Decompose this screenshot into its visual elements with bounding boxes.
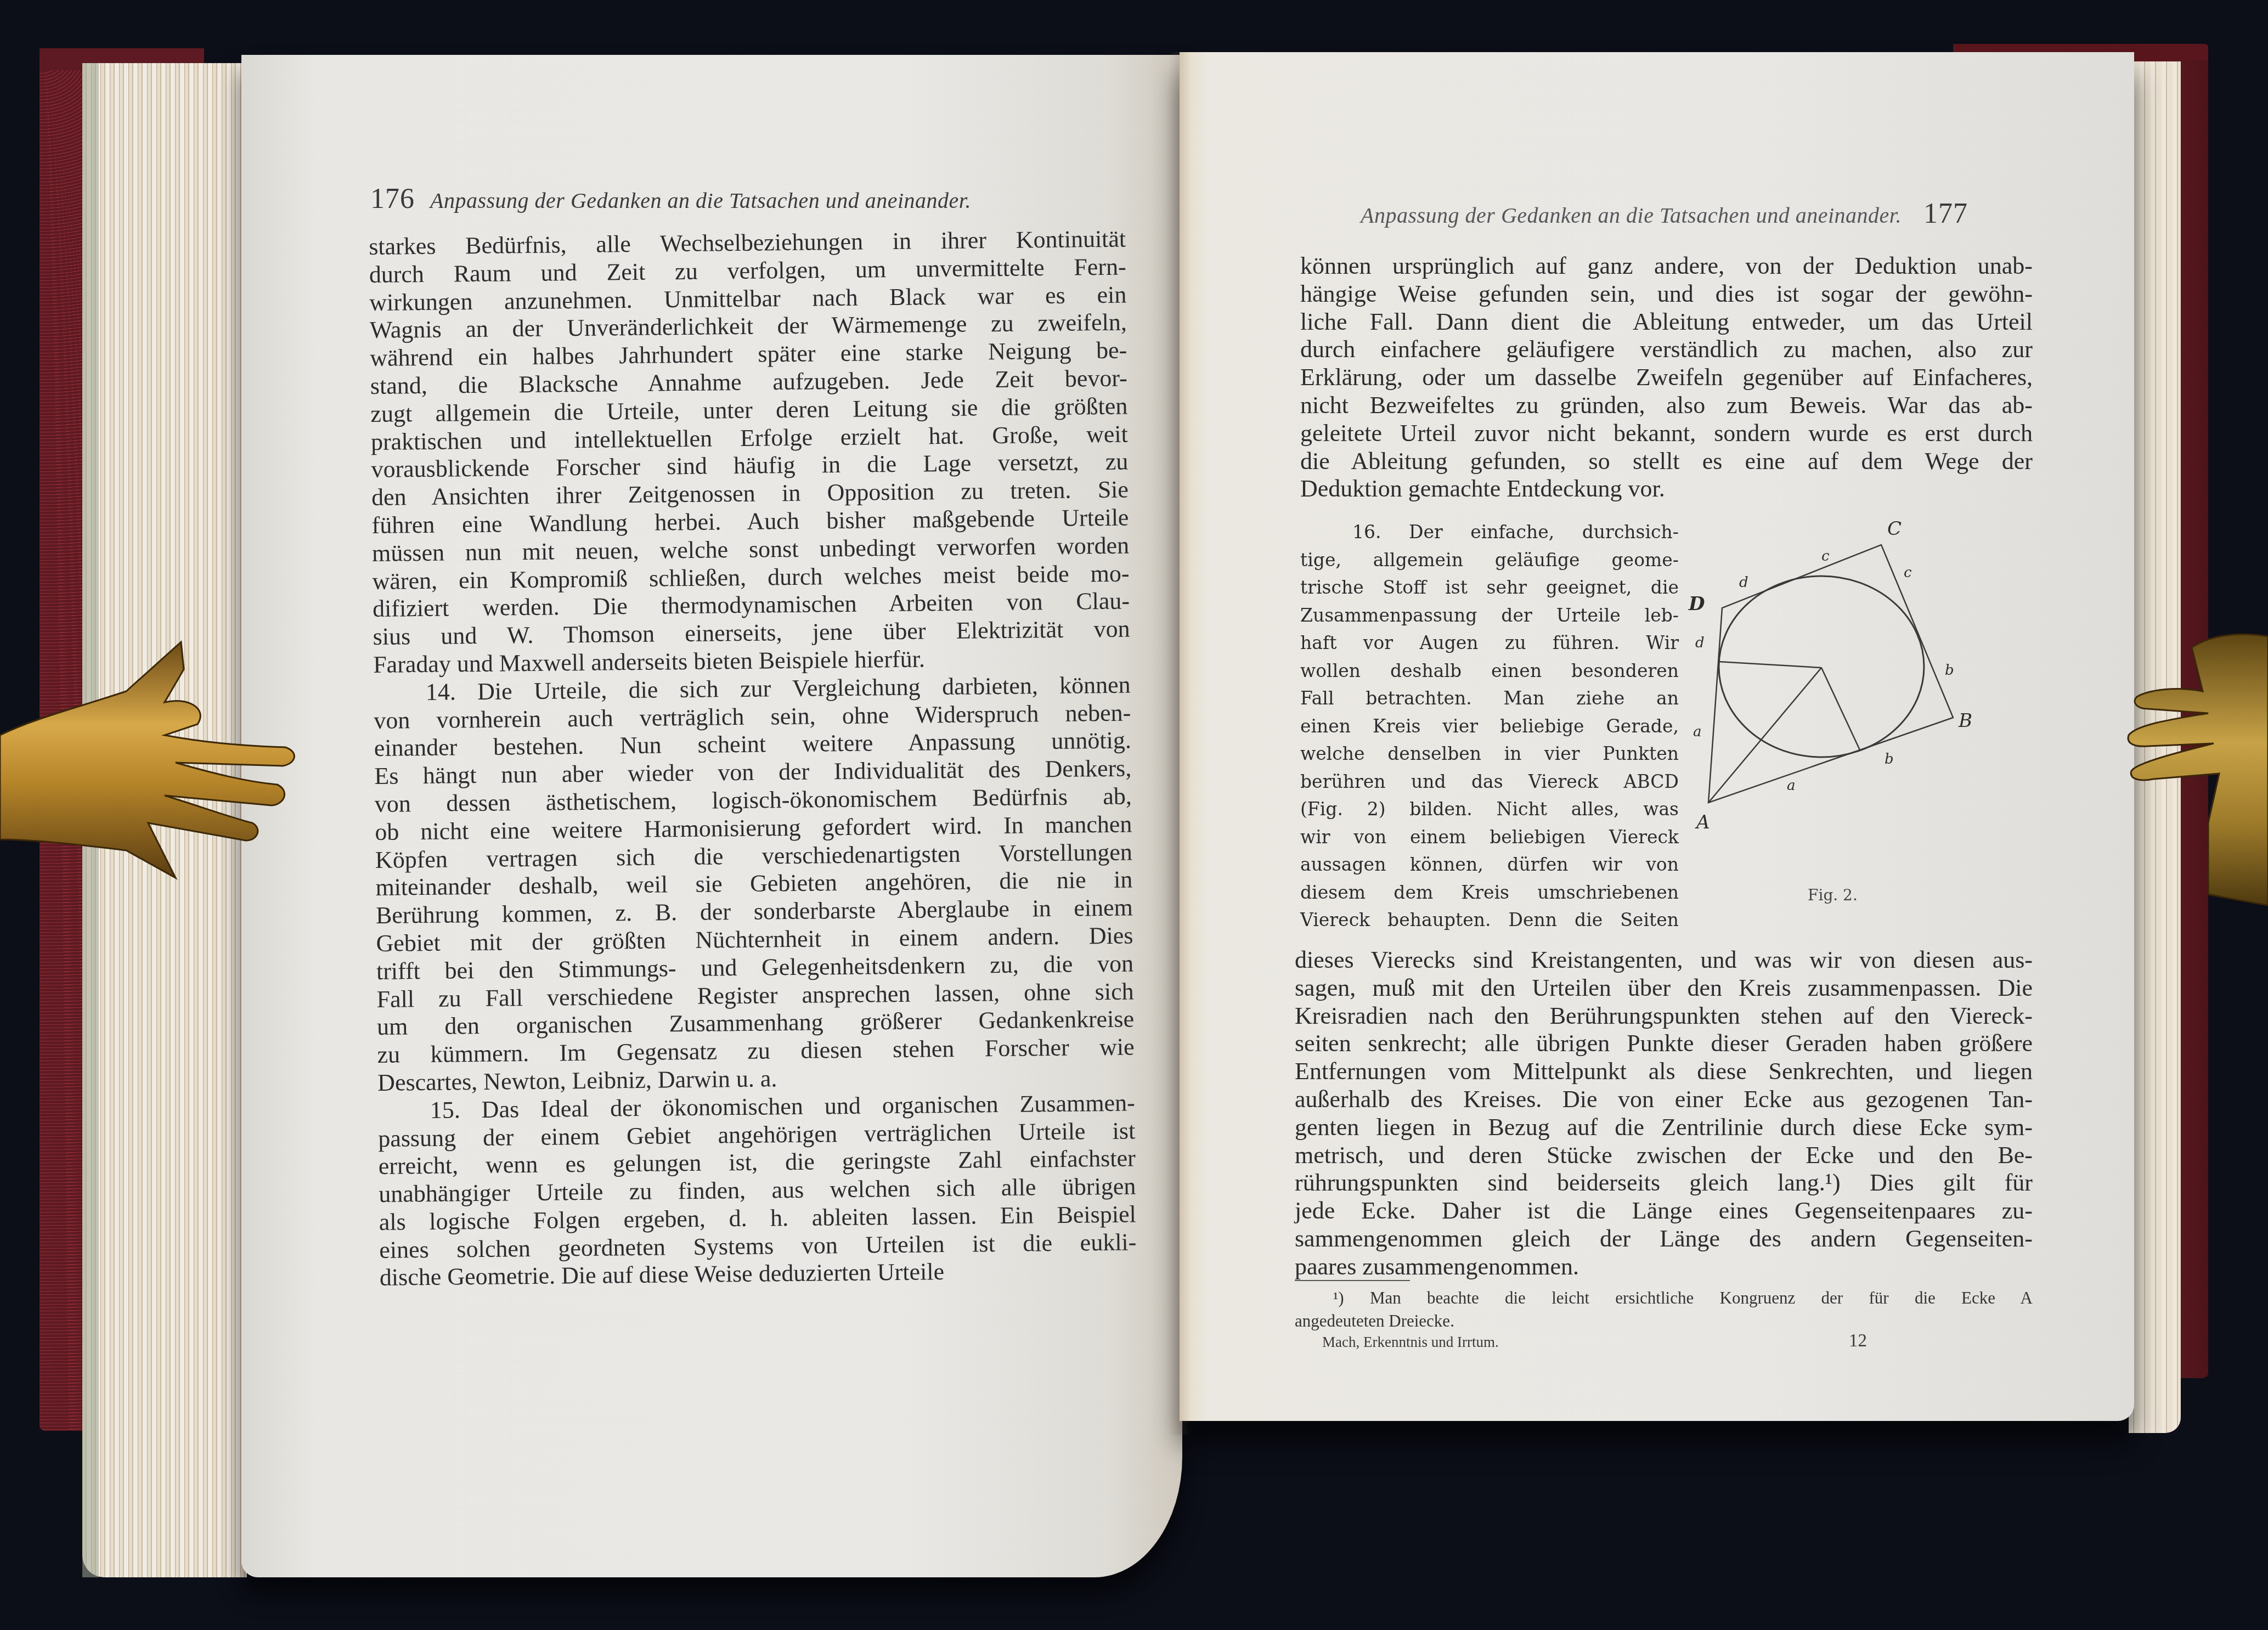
text-line: dieses Vierecks sind Kreistangenten, und… — [1295, 946, 2033, 974]
text-line: haft vor Augen zu führen. Wir — [1300, 629, 1679, 657]
text-line: paares zusammengenommen. — [1295, 1253, 2033, 1281]
right-page-body-top: können ursprünglich auf ganz andere, von… — [1300, 252, 2033, 503]
vertex-label-c: C — [1887, 518, 1902, 540]
page-number-right: 177 — [1923, 198, 1968, 229]
vertex-label-b: B — [1958, 710, 1972, 732]
right-page-body-bottom: dieses Vierecks sind Kreistangenten, und… — [1295, 946, 2033, 1281]
radius-to-side-ab — [1821, 668, 1860, 750]
text-line: sagen, muß mit den Urteilen über den Kre… — [1295, 974, 2033, 1002]
text-line: geleitete Urteil zuvor nicht bekannt, so… — [1300, 420, 2033, 448]
text-line: wir von einem beliebigen Viereck — [1300, 824, 1679, 851]
segment-label-c-side: c — [1904, 565, 1912, 581]
page-number-left: 176 — [370, 183, 415, 215]
left-page-body: starkes Bedürfnis, alle Wechselbeziehung… — [369, 225, 1137, 1293]
inscribed-circle — [1719, 576, 1924, 757]
text-line: diesem dem Kreis umschriebenen — [1300, 879, 1679, 907]
left-running-head: 176Anpassung der Gedanken an die Tatsach… — [370, 183, 971, 215]
vertex-label-d: D — [1688, 593, 1705, 615]
text-line: seiten senkrecht; alle übrigen Punkte di… — [1295, 1030, 2033, 1058]
text-line: metrisch, und deren Stücke zwischen der … — [1295, 1142, 2033, 1170]
text-line: Deduktion gemachte Entdeckung vor. — [1300, 475, 2033, 503]
book-gutter — [1169, 52, 1191, 1435]
text-line: wollen deshalb einen besonderen — [1300, 657, 1679, 685]
segment-label-b-side: b — [1945, 662, 1954, 679]
brass-hand-left-icon — [0, 620, 307, 905]
running-head-title-left: Anpassung der Gedanken an die Tatsachen … — [430, 188, 971, 213]
printer-signature: Mach, Erkenntnis und Irrtum. — [1322, 1334, 1499, 1351]
segment-label-b-bottom: b — [1885, 751, 1894, 768]
text-line: genten liegen in Bezug auf die Zentrilin… — [1295, 1114, 2033, 1142]
text-line: tige, allgemein geläufige geome- — [1300, 546, 1679, 574]
text-line: Kreisradien nach den Berührungspunkten s… — [1295, 1002, 2033, 1030]
segment-label-c-top: c — [1821, 548, 1830, 565]
footnote-rule — [1295, 1280, 1410, 1281]
text-line: berühren und das Viereck ABCD — [1300, 768, 1679, 796]
segment-label-a-side: a — [1693, 724, 1702, 740]
segment-label-d-side: d — [1695, 635, 1705, 651]
footnote: ¹) Man beachte die leicht ersichtliche K… — [1295, 1287, 2033, 1333]
running-head-title-right: Anpassung der Gedanken an die Tatsachen … — [1361, 203, 1902, 228]
text-line: außerhalb des Kreises. Die von einer Eck… — [1295, 1086, 2033, 1114]
text-line: rührungspunkten sind beiderseits gleich … — [1295, 1169, 2033, 1197]
figure-2-tangential-quadrilateral: C D B A c c d d b b a a Fig. 2. — [1673, 510, 2030, 927]
radius-to-side-ad — [1719, 662, 1821, 668]
text-line: ¹) Man beachte die leicht ersichtliche K… — [1295, 1287, 2033, 1310]
text-line: die Ableitung gefunden, so stellt es ein… — [1300, 448, 2033, 476]
sheet-number: 12 — [1849, 1331, 1867, 1351]
text-line: angedeuteten Dreiecke. — [1295, 1310, 2033, 1333]
text-line: 16. Der einfache, durchsich- — [1300, 518, 1679, 546]
segment-label-d-top: d — [1739, 574, 1748, 591]
text-line: können ursprünglich auf ganz andere, von… — [1300, 252, 2033, 280]
text-line: Fall betrachten. Man ziehe an — [1300, 685, 1679, 713]
circle-quadrilateral-diagram: C D B A c c d d b b a a — [1673, 510, 2030, 927]
text-line: Erklärung, oder um dasselbe Zweifeln geg… — [1300, 364, 2033, 392]
text-line: Viereck behaupten. Denn die Seiten — [1300, 906, 1679, 934]
text-line: Zusammenpassung der Urteile leb- — [1300, 602, 1679, 630]
text-line: welche denselben in vier Punkten — [1300, 740, 1679, 768]
brass-hand-right-icon — [2126, 614, 2268, 922]
text-line: hängige Weise gefunden sein, und dies is… — [1300, 280, 2033, 308]
text-line: sammengenommen gleich der Länge des ande… — [1295, 1225, 2033, 1253]
text-line: jede Ecke. Daher ist die Länge eines Geg… — [1295, 1197, 2033, 1225]
text-line: aussagen können, dürfen wir von — [1300, 851, 1679, 879]
right-running-head: Anpassung der Gedanken an die Tatsachen … — [1361, 198, 1968, 230]
text-line: Entfernungen vom Mittelpunkt als diese S… — [1295, 1058, 2033, 1086]
text-line: durch einfachere geläufigere verständlic… — [1300, 336, 2033, 364]
signature-text: Mach, Erkenntnis und Irrtum. — [1322, 1334, 1499, 1350]
text-line: nicht Bezweifeltes zu gründen, also zum … — [1300, 392, 2033, 420]
figure-caption: Fig. 2. — [1808, 886, 1858, 904]
text-line: einen Kreis vier beliebige Gerade, — [1300, 713, 1679, 741]
segment-label-a-bottom: a — [1787, 777, 1796, 794]
right-page-body-section-16: 16. Der einfache, durchsich-tige, allgem… — [1300, 518, 1679, 934]
text-line: liche Fall. Dann dient die Ableitung ent… — [1300, 308, 2033, 336]
text-line: (Fig. 2) bilden. Nicht alles, was — [1300, 796, 1679, 824]
text-line: trische Stoff ist sehr geeignet, die — [1300, 574, 1679, 602]
vertex-label-a: A — [1695, 811, 1710, 833]
